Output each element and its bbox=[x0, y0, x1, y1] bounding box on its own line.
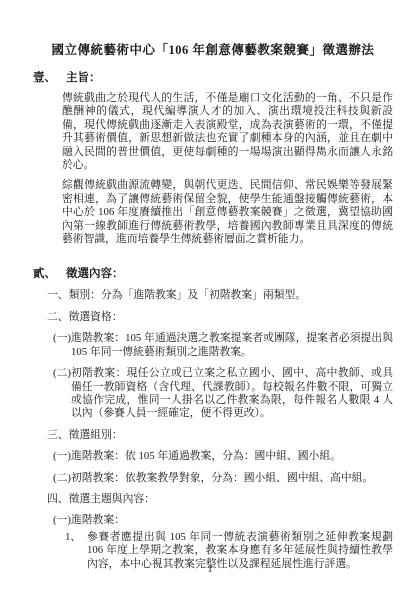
list-item-themes: 四、 徵選主題與內容： bbox=[47, 493, 393, 506]
sublist-item-label: (一) bbox=[53, 514, 71, 527]
list-item-label: 三、 bbox=[47, 429, 69, 442]
sublist-item-label: (二) bbox=[53, 472, 71, 485]
section-zhengxuan-neirong: 貳、 徵選內容： 一、 類別：分為「進階教案」及「初階教案」兩類型。 二、 徵選… bbox=[33, 267, 393, 571]
body-paragraph: 傳統戲曲之於現代人的生活，不僅是廟口文化活動的一角、不只是作醮酬神的儀式，現代編… bbox=[62, 92, 393, 172]
list-item-category: 一、 類別：分為「進階教案」及「初階教案」兩類型。 bbox=[47, 289, 393, 302]
list-item-eligibility: 二、 徵選資格： bbox=[47, 311, 393, 324]
sublist-item-beginner-eligibility: (二) 初階教案：現任公立或已立案之私立國小、國中、高中教師、或具備任一教師資格… bbox=[53, 367, 393, 421]
sublist-item-text: 進階教案：105 年通過決選之教案提案者或團隊，提案者必須提出與 105 年同一… bbox=[71, 332, 393, 359]
page-number: 1 bbox=[0, 564, 420, 575]
list-item-groups: 三、 徵選組別： bbox=[47, 429, 393, 442]
section-heading-row: 壹、 主旨： bbox=[33, 71, 393, 85]
sublist-item-label: (二) bbox=[53, 367, 71, 421]
list-item-label: 四、 bbox=[47, 493, 69, 506]
section-label: 貳、 bbox=[33, 267, 56, 281]
document-title: 國立傳統藝術中心「106 年創意傳藝教案競賽」徵選辦法 bbox=[33, 40, 393, 58]
body-paragraph: 綜觀傳統戲曲源流轉變，與朝代更迭、民間信仰、常民娛樂等發展緊密相連，為了讓傳統藝… bbox=[62, 179, 393, 246]
sublist-item-label: (一) bbox=[53, 450, 71, 463]
section-label: 壹、 bbox=[33, 71, 56, 85]
list-item-label: 二、 bbox=[47, 311, 69, 324]
sublist-item-text: 進階教案：依 105 年通過教案，分為：國中組、國小組。 bbox=[71, 450, 393, 463]
document-page: 國立傳統藝術中心「106 年創意傳藝教案競賽」徵選辦法 壹、 主旨： 傳統戲曲之… bbox=[0, 0, 420, 593]
sublist-item-text: 進階教案： bbox=[71, 514, 393, 527]
section-heading: 主旨： bbox=[66, 71, 101, 85]
sublist-item-text: 初階教案：現任公立或已立案之私立國小、國中、高中教師、或具備任一教師資格（含代理… bbox=[71, 367, 393, 421]
list-item-label: 一、 bbox=[47, 289, 69, 302]
sublist-item-advanced-theme: (一) 進階教案： bbox=[53, 514, 393, 527]
sublist-item-advanced-eligibility: (一) 進階教案：105 年通過決選之教案提案者或團隊，提案者必須提出與 105… bbox=[53, 332, 393, 359]
list-item-text: 徵選組別： bbox=[69, 429, 393, 442]
sublist-item-beginner-groups: (二) 初階教案：依教案教學對象，分為：國小組、國中組、高中組。 bbox=[53, 472, 393, 485]
section-heading-row: 貳、 徵選內容： bbox=[33, 267, 393, 281]
sublist-item-text: 初階教案：依教案教學對象，分為：國小組、國中組、高中組。 bbox=[71, 472, 393, 485]
section-heading: 徵選內容： bbox=[66, 267, 124, 281]
list-item-text: 徵選主題與內容： bbox=[69, 493, 393, 506]
list-item-text: 徵選資格： bbox=[69, 311, 393, 324]
section-zhuyi: 壹、 主旨： 傳統戲曲之於現代人的生活，不僅是廟口文化活動的一角、不只是作醮酬神… bbox=[33, 71, 393, 246]
sublist-item-label: (一) bbox=[53, 332, 71, 359]
sublist-item-advanced-groups: (一) 進階教案：依 105 年通過教案，分為：國中組、國小組。 bbox=[53, 450, 393, 463]
list-item-text: 類別：分為「進階教案」及「初階教案」兩類型。 bbox=[69, 289, 393, 302]
